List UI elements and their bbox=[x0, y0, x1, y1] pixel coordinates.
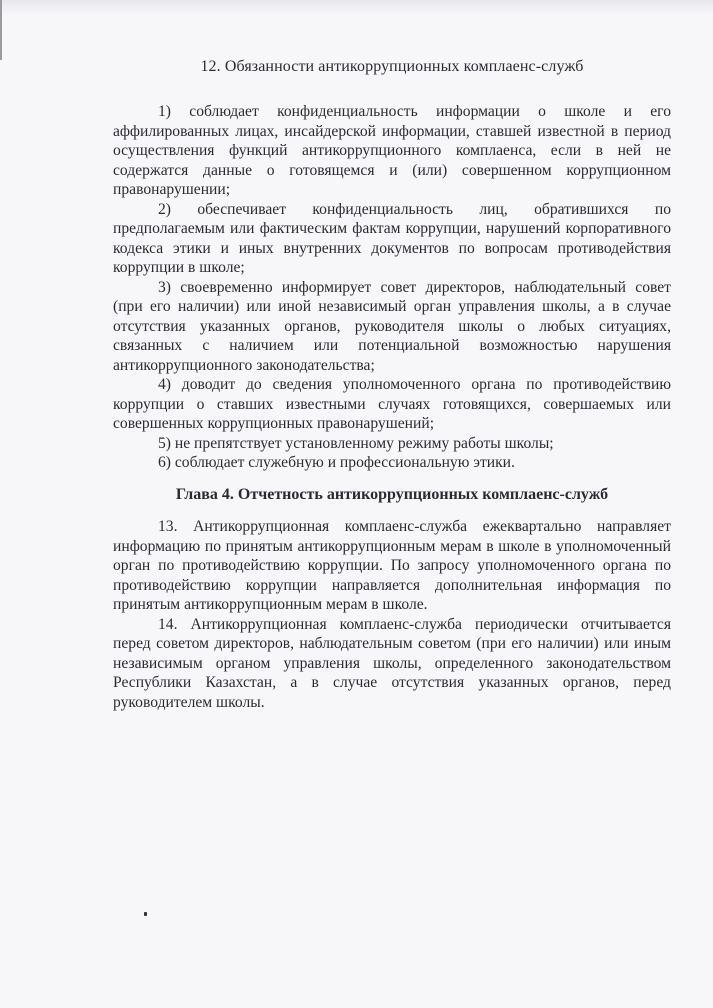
duty-item-2: 2) обеспечивает конфиденциальность лиц, … bbox=[113, 200, 671, 278]
duties-list: 1) соблюдает конфиденциальность информац… bbox=[113, 102, 671, 473]
duty-item-4: 4) доводит до сведения уполномоченного о… bbox=[113, 375, 671, 434]
scan-top-shadow bbox=[0, 0, 713, 14]
section-title: 12. Обязанности антикоррупционных компла… bbox=[113, 58, 671, 76]
scan-speck bbox=[144, 912, 147, 916]
duty-item-3: 3) своевременно информирует совет директ… bbox=[113, 278, 671, 376]
chapter-title: Глава 4. Отчетность антикоррупционных ко… bbox=[113, 486, 671, 504]
duty-item-1: 1) соблюдает конфиденциальность информац… bbox=[113, 102, 671, 200]
duty-item-5: 5) не препятствует установленному режиму… bbox=[113, 434, 671, 454]
paragraph-14: 14. Антикоррупционная комплаенс-служба п… bbox=[113, 615, 671, 713]
paragraph-13: 13. Антикоррупционная комплаенс-служба е… bbox=[113, 517, 671, 615]
duty-item-6: 6) соблюдает служебную и профессиональну… bbox=[113, 453, 671, 473]
scan-left-edge bbox=[0, 0, 2, 60]
chapter-body: 13. Антикоррупционная комплаенс-служба е… bbox=[113, 517, 671, 712]
